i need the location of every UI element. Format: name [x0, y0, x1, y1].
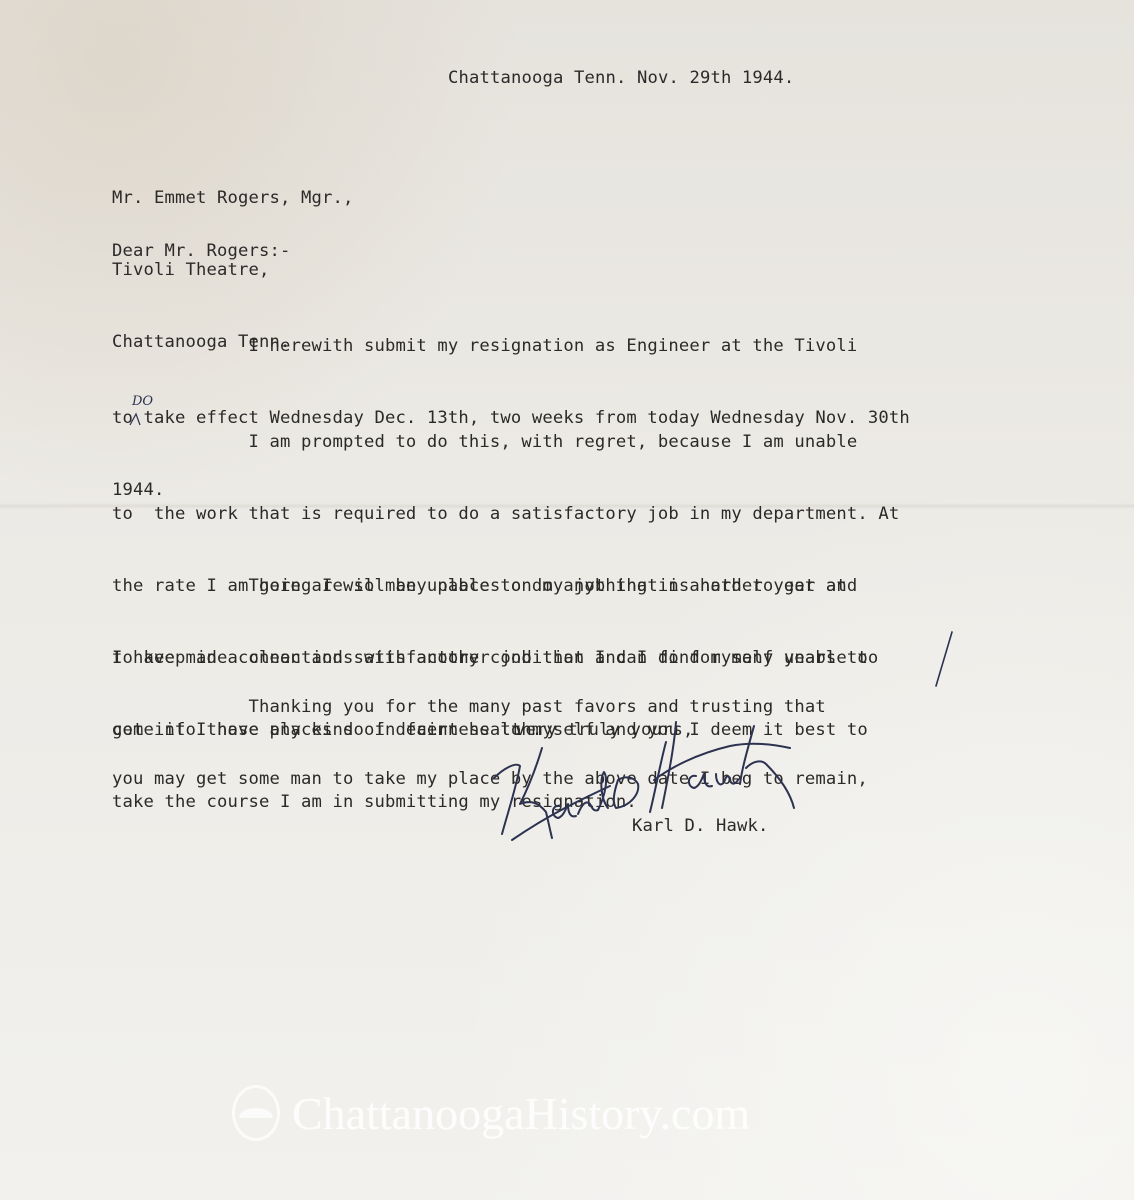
- paragraph-line: to the work that is required to do a sat…: [112, 502, 899, 526]
- insertion-caret-icon: [128, 412, 144, 426]
- recipient-name: Mr. Emmet Rogers, Mgr.,: [112, 186, 353, 210]
- dateline: Chattanooga Tenn. Nov. 29th 1944.: [448, 66, 794, 90]
- watermark-text: ChattanoogaHistory.com: [292, 1087, 750, 1140]
- salutation: Dear Mr. Rogers:-: [112, 239, 290, 263]
- paragraph-line: There are so many places on my job that …: [112, 574, 878, 598]
- pen-stroke-mark-icon: [928, 630, 958, 690]
- watermark: ChattanoogaHistory.com: [232, 1078, 750, 1148]
- handwritten-insertion: DO: [132, 394, 153, 409]
- paragraph-line: I am prompted to do this, with regret, b…: [112, 430, 899, 454]
- paragraph-line: I herewith submit my resignation as Engi…: [112, 334, 910, 358]
- typed-signature-name: Karl D. Hawk.: [632, 814, 768, 838]
- mountain-logo-icon: [232, 1085, 280, 1141]
